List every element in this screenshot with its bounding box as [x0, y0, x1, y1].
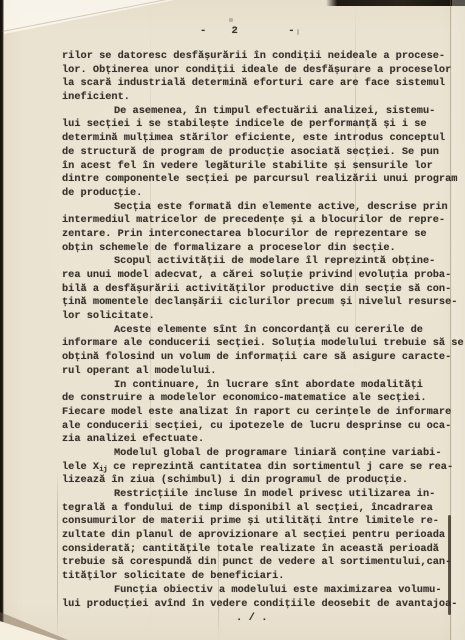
text-line: rea unui model adecvat, a cărei soluție …	[62, 269, 464, 283]
page-number: - 2 -	[200, 25, 295, 37]
text-line: în acest fel în vedere legăturile stabil…	[62, 160, 464, 174]
page-fold-top-left	[4, 0, 174, 34]
text-line: țină momentele declanșării ciclurilor pr…	[62, 296, 464, 310]
text-line: lele Xij ce reprezintă cantitatea din so…	[62, 461, 464, 475]
text-line: zultate din planul de aprovizionare al s…	[62, 529, 464, 543]
text-line: zentare. Prin interconectarea blocurilor…	[62, 228, 464, 242]
text-line: intermediul matricelor de precedențe și …	[62, 214, 464, 228]
scan-edge-left	[0, 0, 4, 640]
text-line: Scopul activității de modelare îl reprez…	[62, 255, 464, 269]
text-line: bilă a desfășurării activităților produc…	[62, 283, 464, 297]
text-line: ale conducerii secției, cu ipotezele de …	[62, 420, 464, 434]
scan-speck	[297, 29, 299, 35]
text-line: rilor se datoresc desfășurării în condiț…	[62, 50, 464, 64]
text-line: rul operant al modelului.	[62, 365, 464, 379]
text-line: lor. Obținerea unor condiții ideale de d…	[62, 64, 464, 78]
document-body: rilor se datoresc desfășurării în condiț…	[62, 50, 464, 611]
scan-speck	[229, 18, 233, 22]
text-line: considerată; cantitățile totale realizat…	[62, 543, 464, 557]
text-line: Aceste elemente sînt în concordanță cu c…	[62, 324, 464, 338]
text-line: Secția este formată din elemente active,…	[62, 201, 464, 215]
text-line: trebuie să corespundă din punct de veder…	[62, 556, 464, 570]
text-line: dintre componentele secției pe parcursul…	[62, 173, 464, 187]
text-line: lui secției i se stabilește indicele de …	[62, 118, 464, 132]
text-line: obțin schemele de formalizare a procesel…	[62, 242, 464, 256]
text-line: Restricțiile incluse în model privesc ut…	[62, 488, 464, 502]
text-line: lor solicitate.	[62, 310, 464, 324]
text-line: de producție.	[62, 187, 464, 201]
text-line: informare ale conducerii secției. Soluți…	[62, 337, 464, 351]
text-line: determină mulțimea stărilor eficiente, e…	[62, 132, 464, 146]
text-line: de construire a modelelor economico-mate…	[62, 392, 464, 406]
text-line: ineficient.	[62, 91, 464, 105]
text-line: Modelul global de programare liniară con…	[62, 447, 464, 461]
scan-edge-top-right	[326, 0, 465, 6]
text-line: tităților solicitate de beneficiari.	[62, 570, 464, 584]
vertical-crease	[57, 470, 58, 640]
text-line: Fiecare model este analizat în raport cu…	[62, 406, 464, 420]
text-line: tegrală a fondului de timp disponibil al…	[62, 502, 464, 516]
text-line: lizează în ziua (schimbul) i din program…	[62, 474, 464, 488]
text-line: zia analizei efectuate.	[62, 433, 464, 447]
text-line: De asemenea, în timpul efectuării analiz…	[62, 105, 464, 119]
scanned-document-page: - 2 - rilor se datoresc desfășurării în …	[0, 0, 465, 640]
continuation-mark: . / .	[236, 612, 268, 624]
text-line: de structură de program de producție aso…	[62, 146, 464, 160]
text-line: Funcția obiectiv a modelului este maximi…	[62, 584, 464, 598]
text-line: la scară industrială determină eforturi …	[62, 77, 464, 91]
text-line: In continuare, în lucrare sînt abordate …	[62, 379, 464, 393]
text-line: lui producției avînd în vedere condițiil…	[62, 598, 464, 612]
text-line: obțină folosind un volum de informații c…	[62, 351, 464, 365]
text-line: consumurilor de materii prime și utilită…	[62, 515, 464, 529]
